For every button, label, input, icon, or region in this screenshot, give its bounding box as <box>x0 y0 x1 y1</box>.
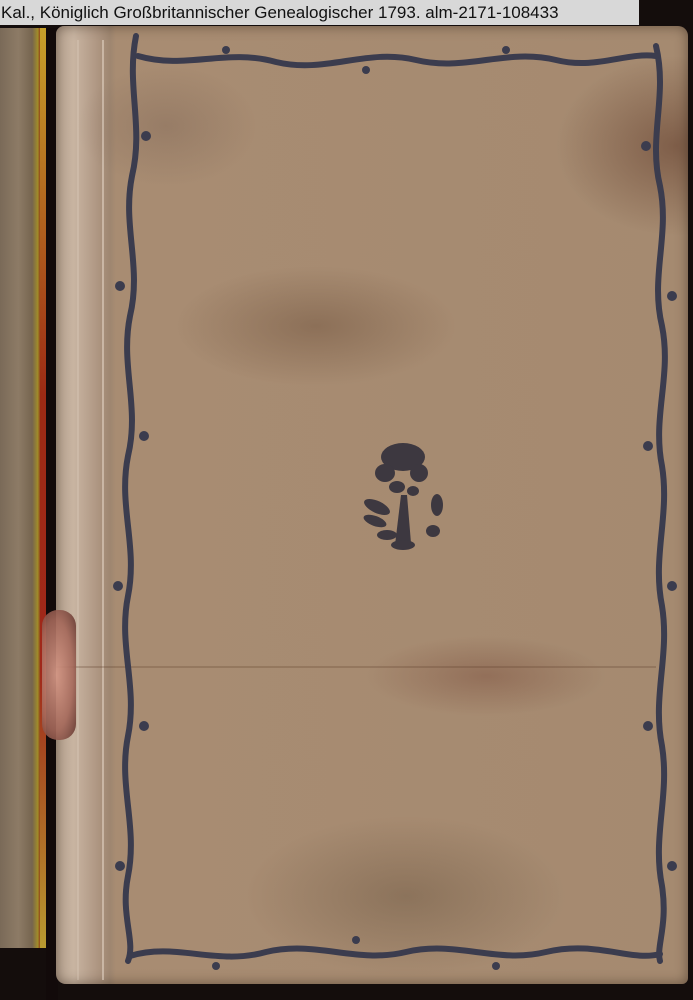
flower-stamp-icon <box>355 435 450 555</box>
image-caption: Kal., Königlich Großbritannischer Geneal… <box>0 0 639 25</box>
